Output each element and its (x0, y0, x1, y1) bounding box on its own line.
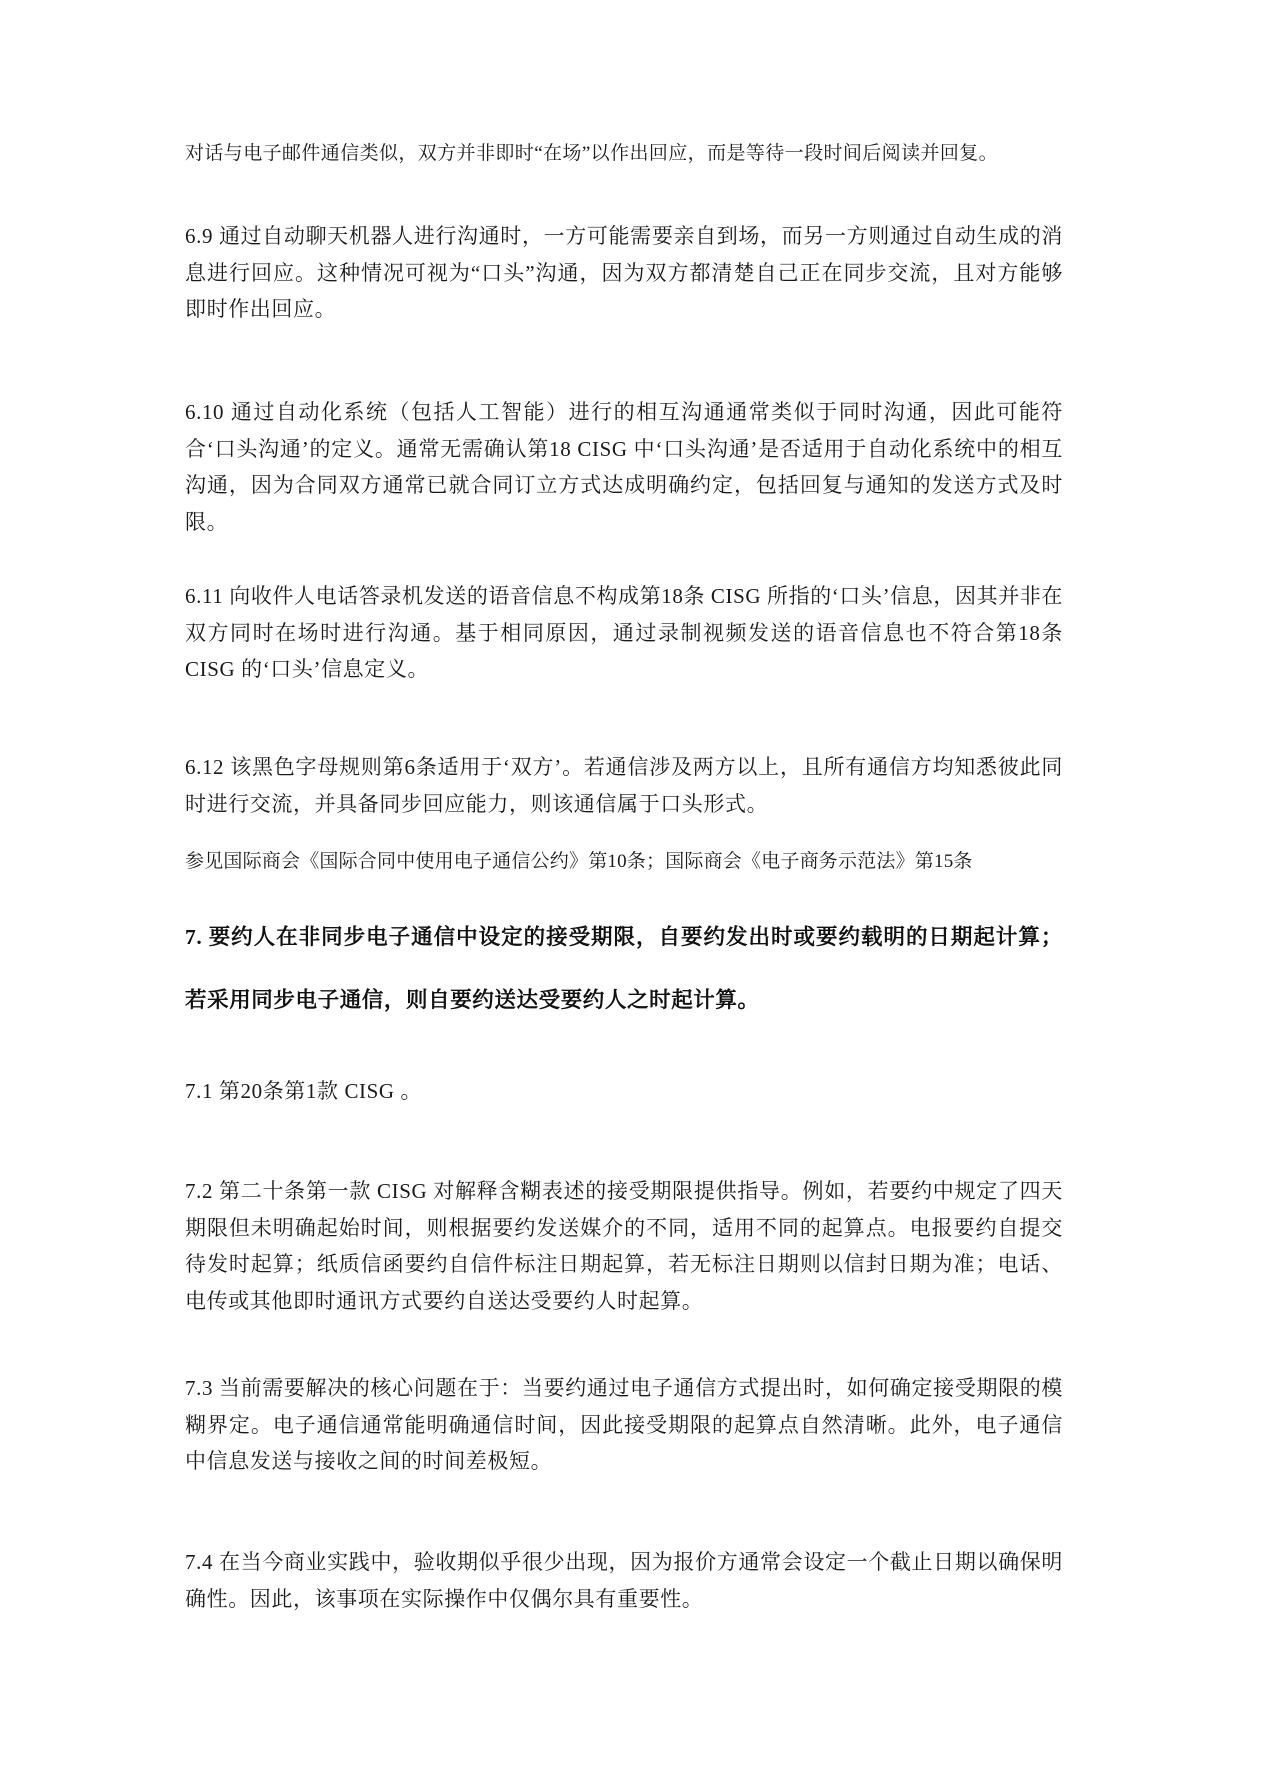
paragraph-6-9: 6.9 通过自动聊天机器人进行沟通时，一方可能需要亲自到场，而另一方则通过自动生… (185, 218, 1063, 328)
paragraph-6-11: 6.11 向收件人电话答录机发送的语音信息不构成第18条 CISG 所指的‘口头… (185, 578, 1063, 688)
reference-citation: 参见国际商会《国际合同中使用电子通信公约》第10条；国际商会《电子商务示范法》第… (185, 847, 1063, 877)
document-page: 对话与电子邮件通信类似，双方并非即时“在场”以作出回应，而是等待一段时间后阅读并… (0, 0, 1265, 1791)
paragraph-continuation: 对话与电子邮件通信类似，双方并非即时“在场”以作出回应，而是等待一段时间后阅读并… (185, 139, 1063, 169)
paragraph-7-2: 7.2 第二十条第一款 CISG 对解释含糊表述的接受期限提供指导。例如，若要约… (185, 1173, 1063, 1319)
paragraph-6-12: 6.12 该黑色字母规则第6条适用于‘双方’。若通信涉及两方以上，且所有通信方均… (185, 749, 1063, 822)
section-7-heading: 7. 要约人在非同步电子通信中设定的接受期限，自要约发出时或要约载明的日期起计算… (185, 906, 1063, 1032)
paragraph-7-1: 7.1 第20条第1款 CISG 。 (185, 1073, 1063, 1110)
paragraph-6-10: 6.10 通过自动化系统（包括人工智能）进行的相互沟通通常类似于同时沟通，因此可… (185, 394, 1063, 540)
paragraph-7-3: 7.3 当前需要解决的核心问题在于：当要约通过电子通信方式提出时，如何确定接受期… (185, 1370, 1063, 1480)
paragraph-7-4: 7.4 在当今商业实践中，验收期似乎很少出现，因为报价方通常会设定一个截止日期以… (185, 1544, 1063, 1617)
